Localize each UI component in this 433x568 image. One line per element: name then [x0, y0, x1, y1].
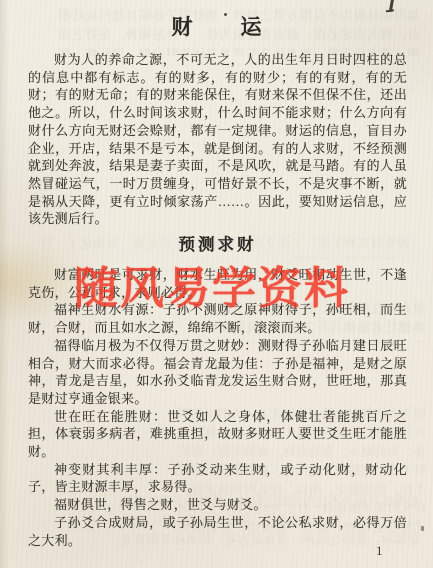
page-number: 1 [376, 543, 383, 559]
section-paragraph: 子孙爻合成财局，或子孙局生世，不论公私求财，必得万倍之大利。 [28, 514, 407, 549]
page-content: 财 运 财为人的养命之源，不可无之，人的出生年月日时四柱的总的信息中都有标志。有… [0, 0, 433, 549]
section-paragraph: 福财俱世，得售之财，世爻与财爻。 [28, 496, 407, 514]
section-paragraph: 世在旺在能胜财：世爻如人之身体，体健壮者能挑百斤之担，体衰弱多病者，难挑重担，故… [28, 408, 407, 461]
section-paragraph: 财富两旺是可求财，财水生旺为用，财爻旺相动生世，不逢克伤，公私可求，求则必得。 [28, 266, 407, 301]
section-paragraph: 福得临月极为不仅得万贯之财妙：测财得子孙临月建日辰旺相合，财大而求必得。福会青龙… [28, 337, 407, 408]
intro-paragraph: 财为人的养命之源，不可无之，人的出生年月日时四柱的总的信息中都有标志。有的财多，… [28, 51, 407, 228]
section-heading: 预测求财 [28, 233, 407, 257]
section-paragraph: 福神生财水有源：子孙不测财之原神财得子，孙旺相，而生财，合财，而且如水之源，绵绵… [28, 301, 407, 336]
section-paragraph: 神变财其利丰厚：子孙爻动来生财，或子动化财，财动化子，皆主财源丰厚，求易得。 [28, 461, 407, 496]
page-title: 财 运 [28, 12, 407, 42]
book-page: 福得临月极为不仅得万贯之财妙：测财得子孙临月建日辰旺相合，财大而求必得。福会青龙… [0, 0, 433, 568]
